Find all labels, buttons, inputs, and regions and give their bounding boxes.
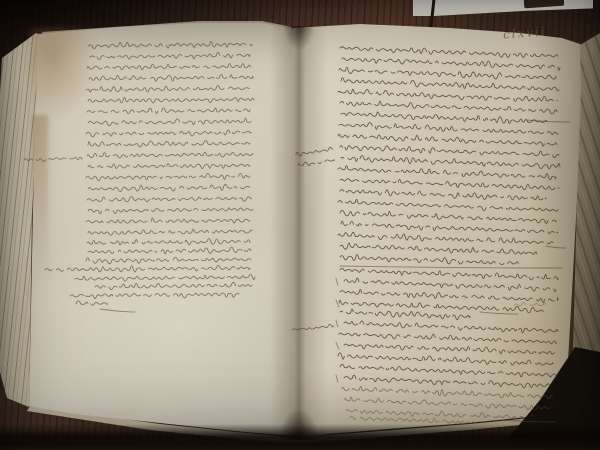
script-line bbox=[342, 58, 560, 70]
script-line bbox=[338, 199, 558, 211]
script-line bbox=[340, 146, 559, 158]
script-line bbox=[340, 190, 546, 200]
script-line bbox=[70, 293, 243, 299]
script-line bbox=[87, 197, 251, 202]
script-line bbox=[338, 134, 557, 146]
script-line bbox=[344, 321, 558, 333]
script-line bbox=[88, 163, 250, 168]
script-line bbox=[87, 152, 258, 158]
script-line bbox=[86, 173, 254, 181]
script-line bbox=[88, 184, 253, 191]
margin-note bbox=[292, 324, 334, 331]
script-line bbox=[76, 301, 108, 305]
left-page-handwriting bbox=[45, 41, 258, 305]
script-line bbox=[95, 282, 252, 289]
script-line bbox=[340, 289, 558, 302]
script-line bbox=[336, 278, 338, 285]
script-line bbox=[336, 342, 339, 349]
script-line bbox=[339, 333, 559, 344]
script-line bbox=[24, 156, 82, 163]
right-page-handwriting bbox=[338, 47, 562, 425]
script-line bbox=[292, 324, 334, 331]
script-line bbox=[336, 320, 338, 327]
handwriting-svg bbox=[0, 0, 600, 450]
script-line bbox=[344, 344, 558, 354]
script-line bbox=[336, 375, 338, 382]
script-line bbox=[346, 410, 552, 421]
manuscript-photo: clxvii bbox=[0, 0, 600, 450]
script-line bbox=[480, 312, 518, 314]
script-line bbox=[86, 130, 251, 137]
script-line bbox=[527, 120, 570, 122]
script-line bbox=[88, 208, 253, 214]
script-line bbox=[336, 300, 339, 307]
script-line bbox=[339, 300, 543, 313]
script-line bbox=[45, 265, 250, 271]
script-line bbox=[75, 274, 255, 281]
script-line bbox=[342, 386, 555, 398]
script-line bbox=[339, 67, 556, 79]
script-line bbox=[341, 156, 560, 169]
script-line bbox=[89, 74, 253, 81]
script-line bbox=[344, 375, 554, 388]
script-line bbox=[86, 86, 252, 93]
script-line bbox=[340, 101, 561, 114]
script-line bbox=[86, 257, 255, 264]
script-line bbox=[88, 118, 255, 126]
script-line bbox=[514, 302, 546, 307]
margin-note bbox=[514, 302, 546, 307]
script-line bbox=[340, 243, 541, 254]
script-line bbox=[340, 309, 470, 320]
script-line bbox=[88, 41, 252, 48]
script-line bbox=[344, 397, 556, 410]
margin-note bbox=[296, 146, 335, 168]
script-line bbox=[546, 246, 566, 248]
script-line bbox=[87, 239, 253, 245]
script-line bbox=[338, 89, 557, 101]
script-line bbox=[88, 97, 254, 103]
script-line bbox=[340, 179, 559, 190]
script-line bbox=[297, 157, 334, 168]
script-line bbox=[100, 309, 135, 312]
script-line bbox=[87, 108, 250, 114]
script-line bbox=[340, 255, 521, 265]
script-line bbox=[338, 166, 556, 180]
script-line bbox=[88, 247, 251, 254]
script-line bbox=[338, 353, 553, 365]
script-line bbox=[296, 146, 333, 157]
script-line bbox=[341, 112, 547, 123]
script-line bbox=[341, 221, 558, 233]
script-line bbox=[86, 218, 253, 223]
margin-note bbox=[24, 156, 82, 163]
script-line bbox=[88, 229, 252, 235]
script-line bbox=[340, 266, 562, 268]
script-line bbox=[338, 232, 556, 243]
script-line bbox=[500, 420, 556, 422]
script-line bbox=[90, 52, 250, 59]
script-line bbox=[88, 141, 250, 147]
script-line bbox=[339, 123, 558, 135]
script-line bbox=[340, 47, 562, 58]
script-line bbox=[344, 278, 556, 292]
script-line bbox=[340, 210, 556, 223]
script-line bbox=[87, 64, 253, 70]
script-line bbox=[340, 364, 558, 377]
script-line bbox=[340, 269, 558, 280]
script-line bbox=[341, 78, 559, 91]
